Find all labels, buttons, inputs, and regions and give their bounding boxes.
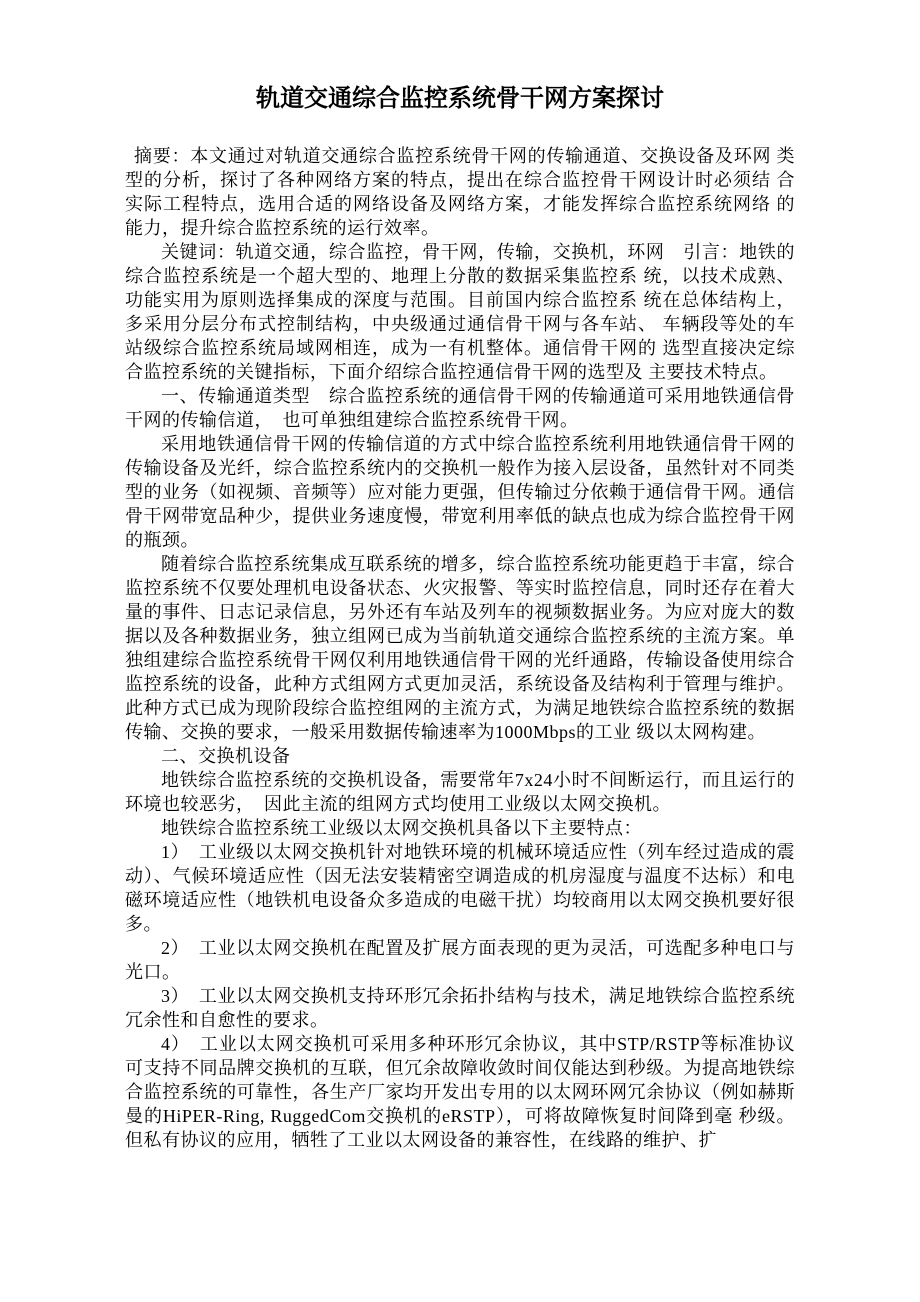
paragraph-independent-network: 随着综合监控系统集成互联系统的增多，综合监控系统功能更趋于丰富，综合监控系统不仅… [125,552,795,744]
paragraph-switch-operation: 地铁综合监控系统的交换机设备，需要常年7x24小时不间断运行，而且运行的环境也较… [125,768,795,816]
list-item-3-ring-redundancy-topology: 3） 工业以太网交换机支持环形冗余拓扑结构与技术，满足地铁综合监控系统冗余性和自… [125,984,795,1032]
keywords-intro-paragraph: 关键词：轨道交通，综合监控，骨干网，传输，交换机，环网 引言：地铁的综合监控系统… [125,240,795,384]
list-item-1-environment-adaptability: 1） 工业级以太网交换机针对地铁环境的机械环境适应性（列车经过造成的震动）、气候… [125,840,795,936]
abstract-paragraph: 摘要：本文通过对轨道交通综合监控系统骨干网的传输通道、交换设备及环网 类型的分析… [125,144,795,240]
document-page: 轨道交通综合监控系统骨干网方案探讨 摘要：本文通过对轨道交通综合监控系统骨干网的… [0,0,920,1302]
list-item-4-redundancy-protocols: 4） 工业以太网交换机可采用多种环形冗余协议，其中STP/RSTP等标准协议可支… [125,1032,795,1152]
paragraph-switch-features-lead: 地铁综合监控系统工业级以太网交换机具备以下主要特点： [125,816,795,840]
section-2-heading: 二、交换机设备 [125,744,795,768]
list-item-2-configuration-flexibility: 2） 工业以太网交换机在配置及扩展方面表现的更为灵活，可选配多种电口与光口。 [125,936,795,984]
paragraph-metro-backbone-channel: 采用地铁通信骨干网的传输信道的方式中综合监控系统利用地铁通信骨干网的传输设备及光… [125,432,795,552]
section-1-transmission-channel-paragraph: 一、传输通道类型 综合监控系统的通信骨干网的传输通道可采用地铁通信骨干网的传输信… [125,384,795,432]
document-title: 轨道交通综合监控系统骨干网方案探讨 [125,82,795,116]
